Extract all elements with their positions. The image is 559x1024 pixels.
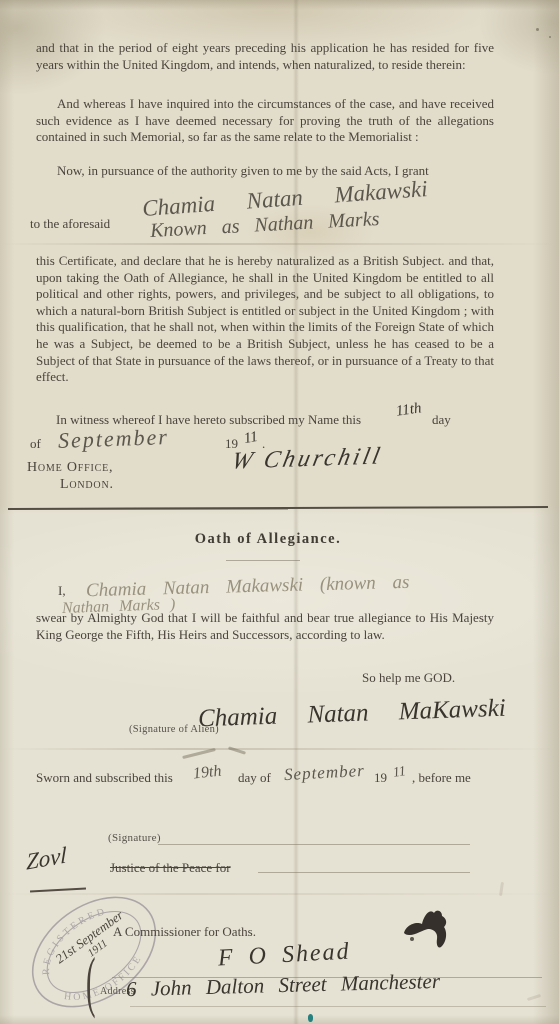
address-line [130, 1006, 546, 1007]
oath-i-label: I, [58, 583, 66, 600]
paragraph-whereas: And whereas I have inquired into the cir… [36, 96, 494, 146]
minister-signature-handwriting: W Churchill [229, 443, 385, 475]
sworn-month-handwriting: September [284, 761, 366, 785]
oath-body: swear by Almighty God that I will be fai… [36, 610, 494, 643]
teal-ink-mark [308, 1014, 313, 1022]
witness-day-label: day [432, 412, 451, 429]
section-divider-rule-shadow [8, 509, 288, 510]
justice-of-peace-label-struck: Justice of the Peace for [110, 860, 231, 877]
paper-speck [549, 36, 551, 38]
sworn-before-me-label: , before me [412, 770, 471, 787]
sworn-clause: Sworn and subscribed this [36, 770, 173, 787]
horizontal-crease [0, 243, 559, 245]
aforesaid-label: to the aforesaid [30, 216, 110, 233]
vertical-fold [293, 0, 299, 1024]
jp-initials-handwriting: Zovl [26, 842, 66, 876]
witness-day-handwriting: 11th [395, 400, 423, 420]
pencil-smudge [527, 994, 541, 1001]
sworn-year-handwriting: 11 [392, 764, 407, 782]
ink-blot [398, 903, 462, 955]
so-help-me-god: So help me GOD. [362, 670, 455, 687]
witness-month-handwriting: September [58, 424, 170, 454]
horizontal-crease [0, 748, 559, 750]
sworn-day-handwriting: 19th [192, 763, 222, 784]
london-label: London. [60, 477, 114, 493]
sworn-year-printed: 19 [374, 770, 387, 787]
oath-title: Oath of Allegiance. [0, 531, 536, 548]
paragraph-residence: and that in the period of eight years pr… [36, 40, 494, 73]
witness-of-label: of [30, 436, 41, 453]
sworn-day-of-label: day of [238, 770, 271, 787]
witness-year-handwriting: 11 [243, 429, 260, 448]
oath-title-underline [226, 560, 300, 561]
paper-speck [536, 28, 539, 31]
home-office-label: Home Office, [27, 460, 113, 476]
alien-signature-handwriting: Chamia Natan MaKawski [198, 695, 507, 734]
paragraph-declaration: this Certificate, and declare that he is… [36, 253, 494, 386]
signature-blank-line [158, 844, 470, 845]
commissioner-signature-handwriting: F O Shead [217, 939, 351, 973]
address-brace: ( [86, 942, 96, 1023]
commissioner-for-oaths-label: A Commissioner for Oaths. [113, 924, 256, 941]
naturalization-certificate-page: and that in the period of eight years pr… [0, 0, 559, 1024]
jp-blank-line [258, 872, 470, 873]
signature-label: (Signature) [108, 832, 161, 844]
